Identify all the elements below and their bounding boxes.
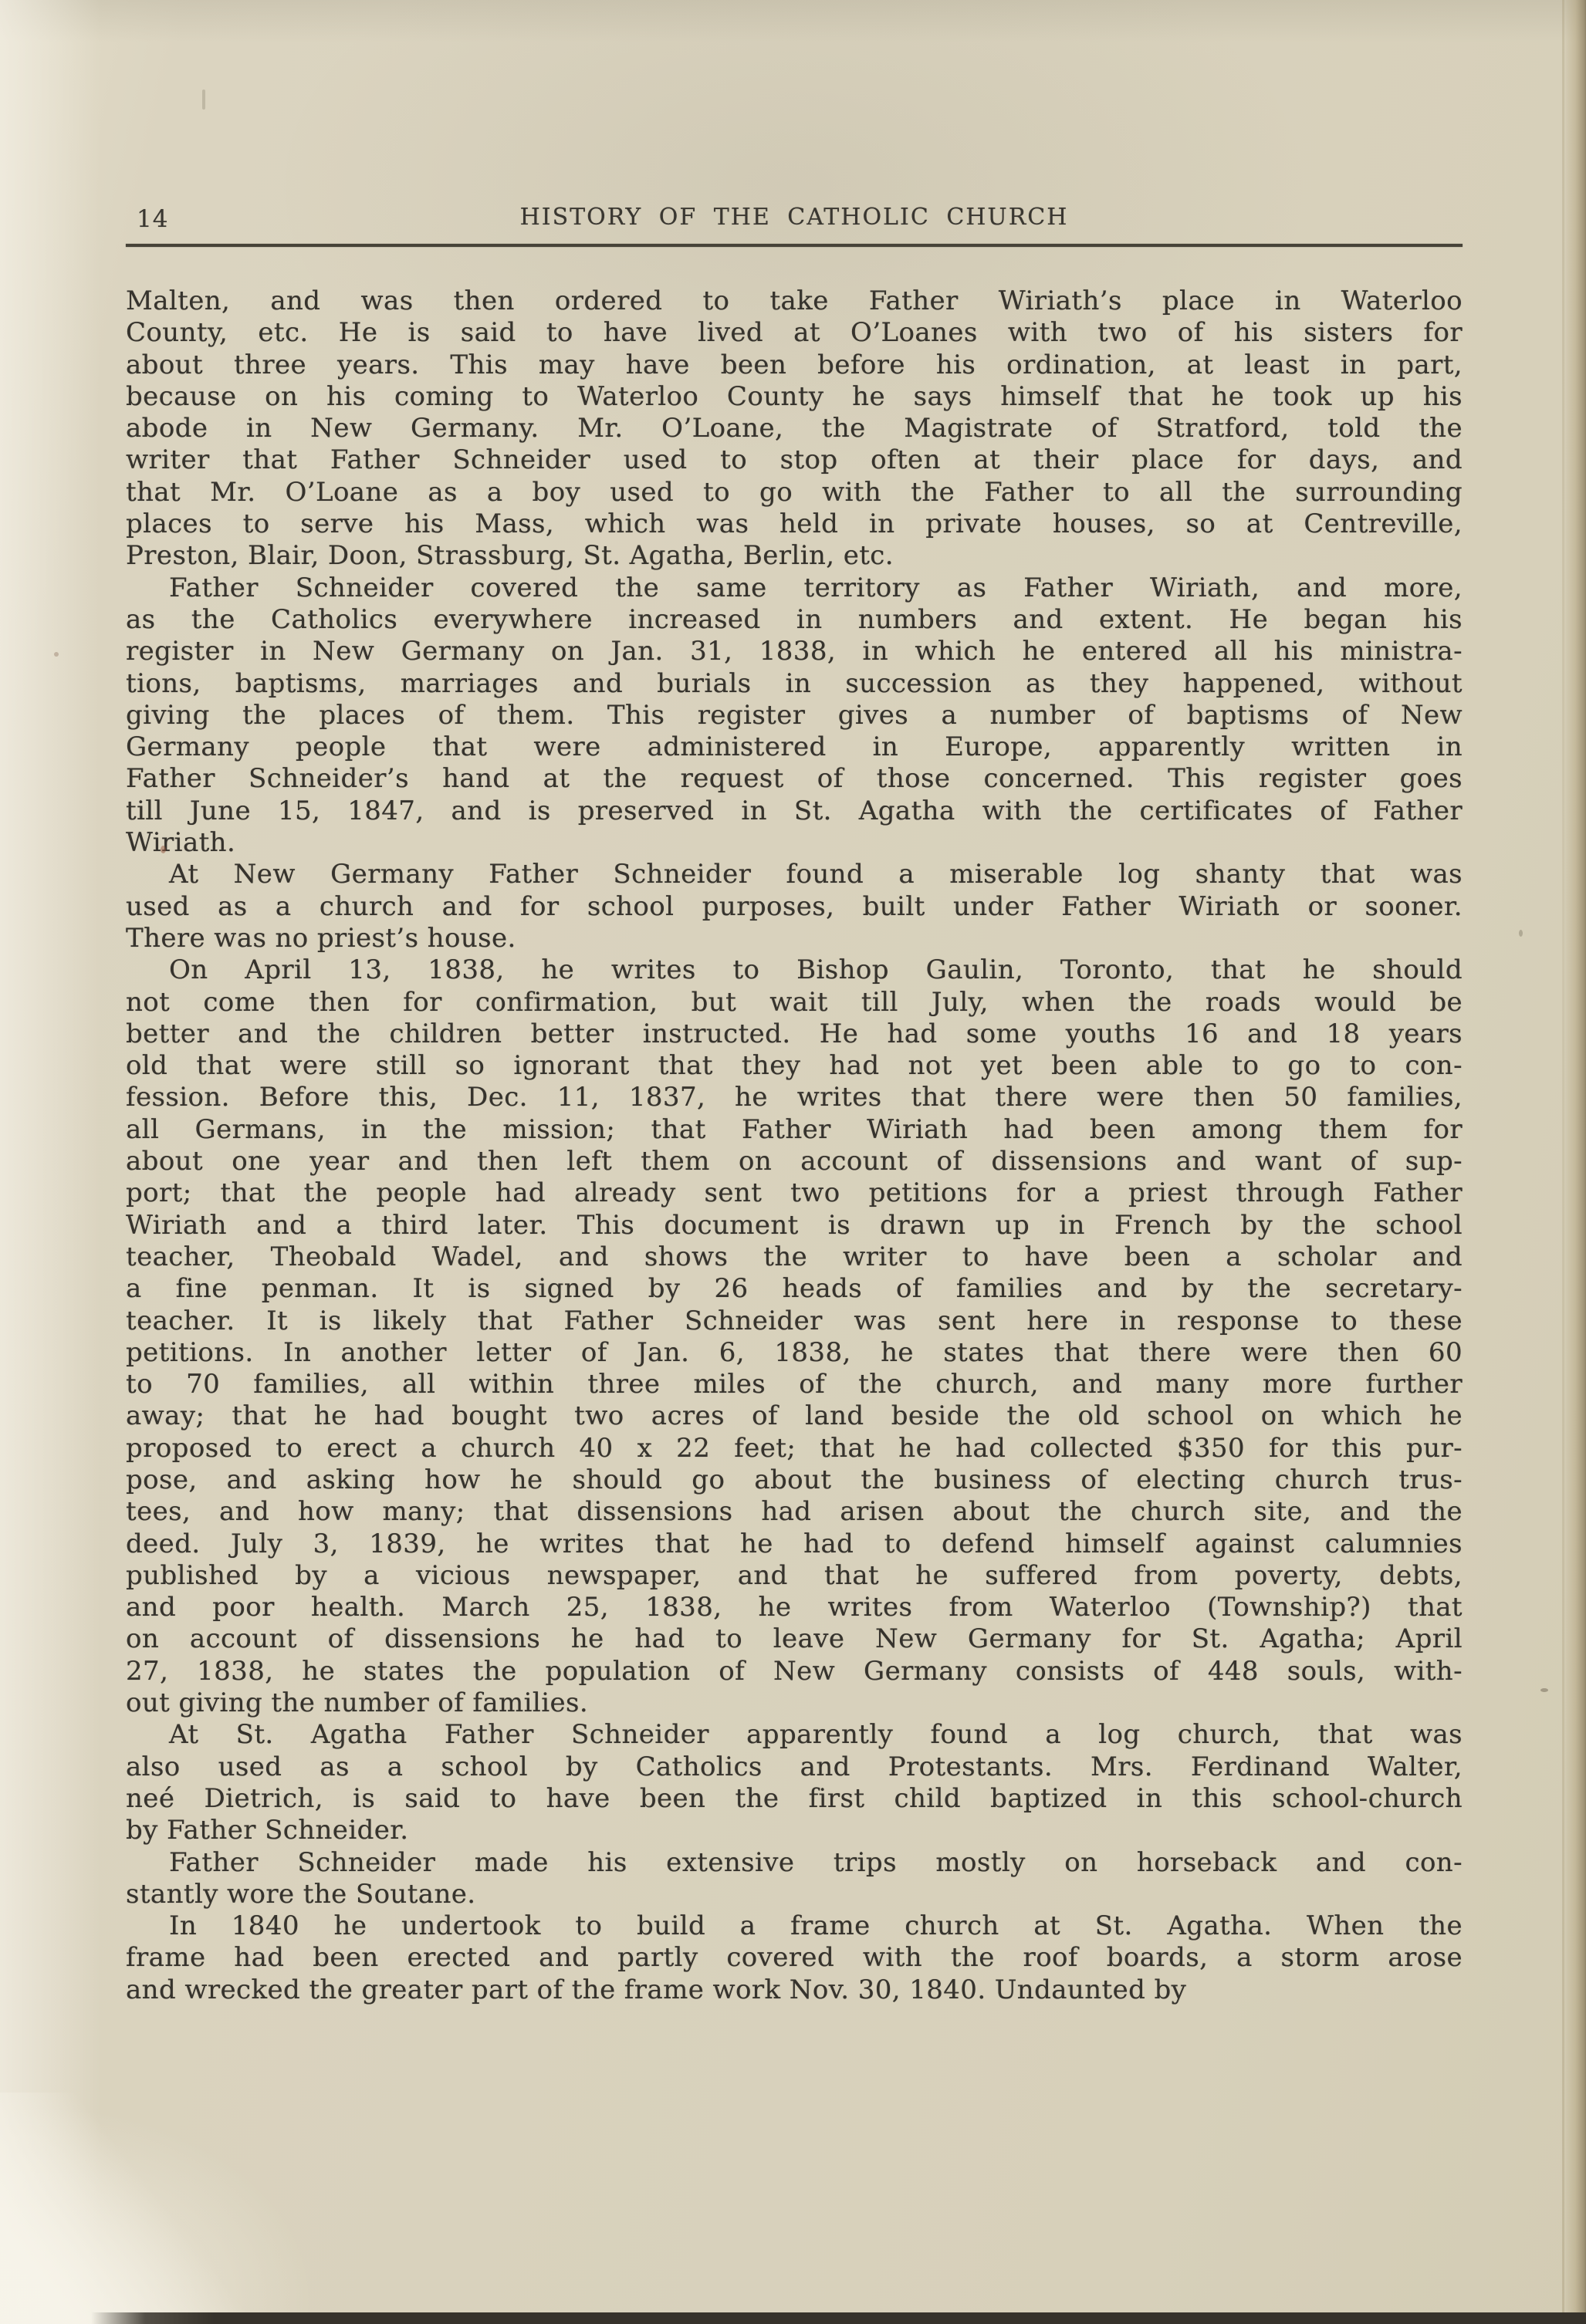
- text-line: old that were still so ignorant that the…: [126, 1050, 1463, 1082]
- paragraph: At St. Agatha Father Schneider apparentl…: [126, 1719, 1463, 1846]
- text-line: that Mr. O’Loane as a boy used to go wit…: [126, 477, 1463, 508]
- text-line: tees, and how many; that dissensions had…: [126, 1496, 1463, 1528]
- text-line: deed. July 3, 1839, he writes that he ha…: [126, 1529, 1463, 1560]
- text-line: County, etc. He is said to have lived at…: [126, 317, 1463, 349]
- text-line: and poor health. March 25, 1838, he writ…: [126, 1592, 1463, 1623]
- text-line: tions, baptisms, marriages and burials i…: [126, 668, 1463, 700]
- page-body: Malten, and was then ordered to take Fat…: [126, 285, 1463, 2006]
- text-line: Germany people that were administered in…: [126, 731, 1463, 763]
- text-line: Father Schneider covered the same territ…: [126, 573, 1463, 604]
- running-header: 14 HISTORY OF THE CATHOLIC CHURCH: [126, 202, 1463, 238]
- text-line: fession. Before this, Dec. 11, 1837, he …: [126, 1082, 1463, 1113]
- text-line: proposed to erect a church 40 x 22 feet;…: [126, 1433, 1463, 1464]
- text-line: also used as a school by Catholics and P…: [126, 1751, 1463, 1783]
- text-line: Preston, Blair, Doon, Strassburg, St. Ag…: [126, 540, 1463, 572]
- text-line: petitions. In another letter of Jan. 6, …: [126, 1337, 1463, 1369]
- page-number: 14: [137, 205, 168, 233]
- paragraph: Malten, and was then ordered to take Fat…: [126, 285, 1463, 573]
- text-line: At St. Agatha Father Schneider apparentl…: [126, 1719, 1463, 1751]
- text-line: At New Germany Father Schneider found a …: [126, 859, 1463, 890]
- text-line: On April 13, 1838, he writes to Bishop G…: [126, 954, 1463, 986]
- paragraph: At New Germany Father Schneider found a …: [126, 859, 1463, 954]
- text-line: by Father Schneider.: [126, 1815, 1463, 1846]
- text-line: teacher. It is likely that Father Schnei…: [126, 1306, 1463, 1337]
- text-line: stantly wore the Soutane.: [126, 1879, 1463, 1910]
- paragraph: Father Schneider made his extensive trip…: [126, 1847, 1463, 1911]
- text-line: on account of dissensions he had to leav…: [126, 1623, 1463, 1655]
- text-line: In 1840 he undertook to build a frame ch…: [126, 1910, 1463, 1942]
- text-line: teacher, Theobald Wadel, and shows the w…: [126, 1241, 1463, 1273]
- text-line: neé Dietrich, is said to have been the f…: [126, 1783, 1463, 1815]
- paragraph: Father Schneider covered the same territ…: [126, 573, 1463, 860]
- text-line: 27, 1838, he states the population of Ne…: [126, 1656, 1463, 1687]
- text-line: giving the places of them. This register…: [126, 700, 1463, 731]
- text-line: and wrecked the greater part of the fram…: [126, 1974, 1463, 2006]
- text-line: published by a vicious newspaper, and th…: [126, 1560, 1463, 1592]
- text-line: till June 15, 1847, and is preserved in …: [126, 795, 1463, 827]
- text-line: as the Catholics everywhere increased in…: [126, 604, 1463, 636]
- paragraph: In 1840 he undertook to build a frame ch…: [126, 1910, 1463, 2006]
- text-line: about one year and then left them on acc…: [126, 1146, 1463, 1177]
- text-line: Malten, and was then ordered to take Fat…: [126, 285, 1463, 317]
- text-line: about three years. This may have been be…: [126, 350, 1463, 381]
- paragraph: On April 13, 1838, he writes to Bishop G…: [126, 954, 1463, 1719]
- text-line: to 70 families, all within three miles o…: [126, 1369, 1463, 1400]
- text-line: abode in New Germany. Mr. O’Loane, the M…: [126, 413, 1463, 444]
- scanned-book-page: 14 HISTORY OF THE CATHOLIC CHURCH Malten…: [0, 0, 1586, 2324]
- text-line: Father Schneider’s hand at the request o…: [126, 763, 1463, 795]
- text-line: frame had been erected and partly covere…: [126, 1942, 1463, 1974]
- text-line: register in New Germany on Jan. 31, 1838…: [126, 636, 1463, 667]
- text-line: better and the children better instructe…: [126, 1018, 1463, 1050]
- text-line: Wiriath and a third later. This document…: [126, 1210, 1463, 1241]
- text-line: out giving the number of families.: [126, 1687, 1463, 1719]
- text-line: away; that he had bought two acres of la…: [126, 1400, 1463, 1432]
- text-line: a fine penman. It is signed by 26 heads …: [126, 1273, 1463, 1305]
- text-line: all Germans, in the mission; that Father…: [126, 1114, 1463, 1146]
- running-title: HISTORY OF THE CATHOLIC CHURCH: [520, 204, 1069, 231]
- text-line: port; that the people had already sent t…: [126, 1177, 1463, 1209]
- text-line: Father Schneider made his extensive trip…: [126, 1847, 1463, 1879]
- text-line: pose, and asking how he should go about …: [126, 1464, 1463, 1496]
- text-line: used as a church and for school purposes…: [126, 891, 1463, 923]
- text-line: Wiriath.: [126, 827, 1463, 859]
- text-line: There was no priest’s house.: [126, 923, 1463, 954]
- header-rule: [126, 244, 1463, 247]
- text-line: places to serve his Mass, which was held…: [126, 508, 1463, 540]
- text-line: writer that Father Schneider used to sto…: [126, 444, 1463, 476]
- text-line: because on his coming to Waterloo County…: [126, 381, 1463, 413]
- text-line: not come then for confirmation, but wait…: [126, 987, 1463, 1018]
